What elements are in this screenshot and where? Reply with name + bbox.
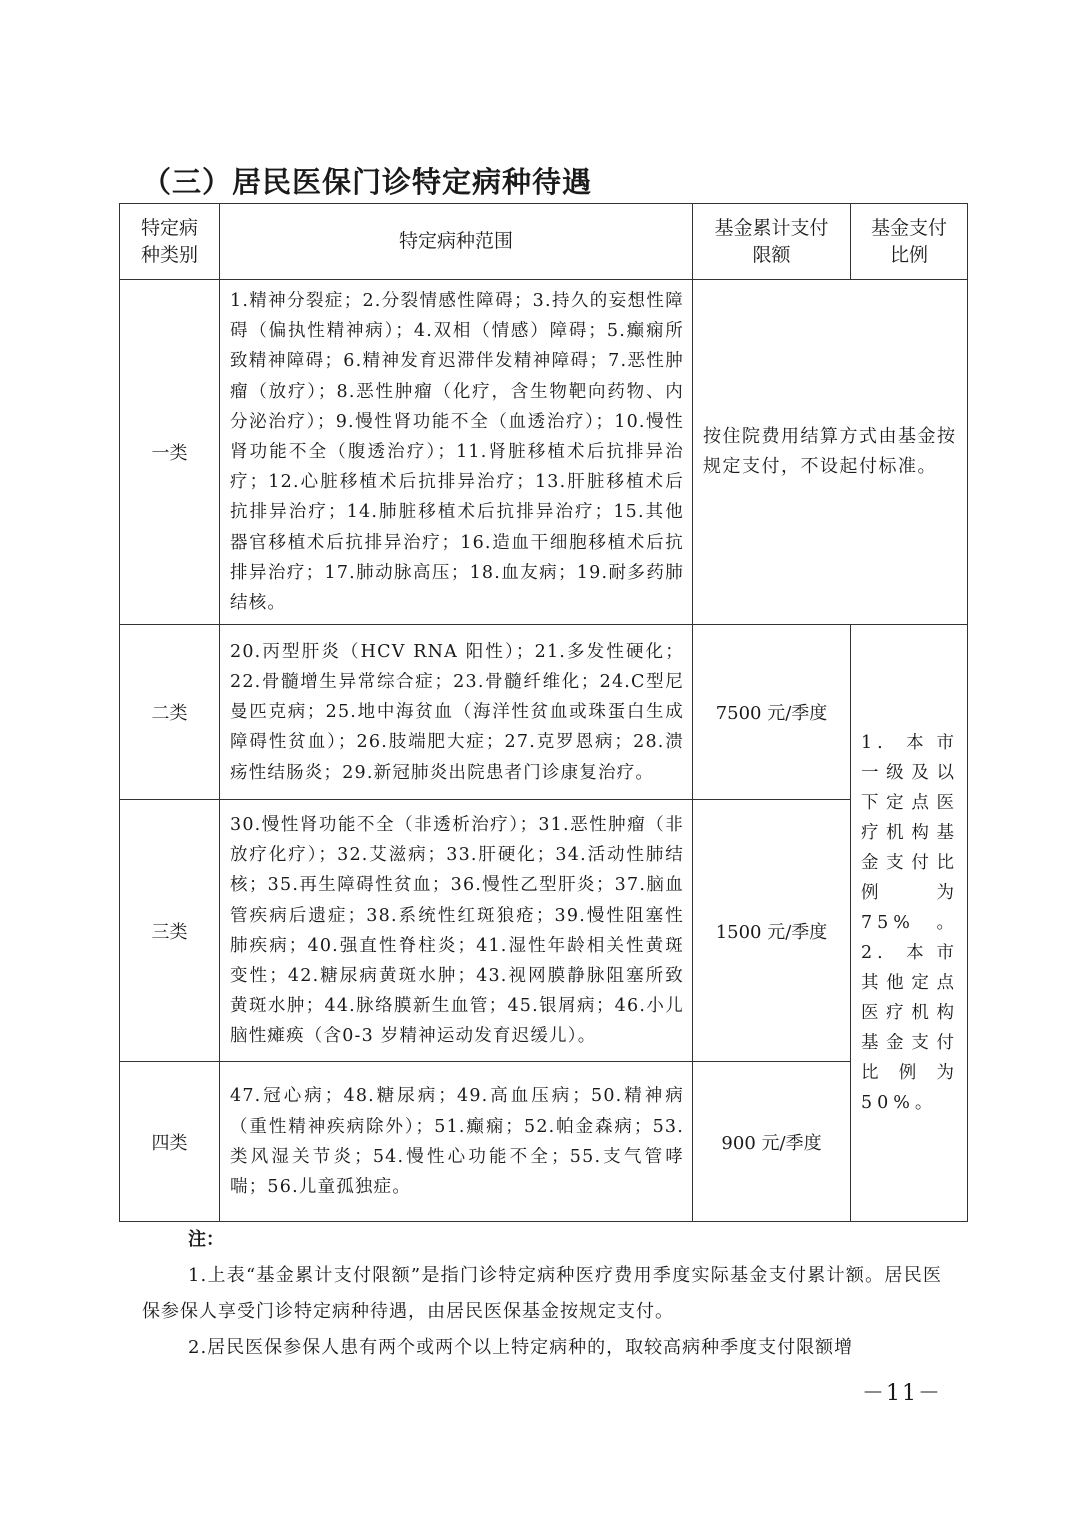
- table-header-row: 特定病 种类别 特定病种范围 基金累计支付 限额 基金支付 比例: [120, 204, 968, 280]
- note-item: 1.上表“基金累计支付限额”是指门诊特定病种医疗费用季度实际基金支付累计额。居民…: [142, 1258, 942, 1330]
- limit-and-ratio-cell: 按住院费用结算方式由基金按规定支付，不设起付标准。: [693, 280, 968, 625]
- table-row: 二类 20.丙型肝炎（HCV RNA 阳性）；21.多发性硬化；22.骨髓增生异…: [120, 625, 968, 800]
- special-disease-table: 特定病 种类别 特定病种范围 基金累计支付 限额 基金支付 比例 一类 1.精神…: [119, 203, 968, 1222]
- notes-section: 注： 1.上表“基金累计支付限额”是指门诊特定病种医疗费用季度实际基金支付累计额…: [142, 1222, 942, 1366]
- page-number: －11－: [862, 1376, 942, 1407]
- scope-cell: 47.冠心病；48.糖尿病；49.高血压病；50.精神病（重性精神疾病除外）；5…: [220, 1062, 693, 1222]
- header-ratio: 基金支付 比例: [851, 204, 968, 280]
- header-limit-line1: 基金累计支付: [693, 215, 850, 242]
- category-cell: 四类: [120, 1062, 220, 1222]
- note-item: 2.居民医保参保人患有两个或两个以上特定病种的，取较高病种季度支付限额增: [142, 1330, 942, 1366]
- header-category-line2: 种类别: [120, 242, 219, 269]
- shared-ratio-cell: 1. 本市一级及以下定点医疗机构基金支付比例为 75%。2. 本市其他定点医疗机…: [851, 625, 968, 1222]
- table-row: 四类 47.冠心病；48.糖尿病；49.高血压病；50.精神病（重性精神疾病除外…: [120, 1062, 968, 1222]
- category-cell: 三类: [120, 800, 220, 1062]
- limit-cell: 1500 元/季度: [693, 800, 851, 1062]
- limit-cell: 900 元/季度: [693, 1062, 851, 1222]
- category-cell: 二类: [120, 625, 220, 800]
- table-row: 一类 1.精神分裂症；2.分裂情感性障碍；3.持久的妄想性障碍（偏执性精神病）；…: [120, 280, 968, 625]
- scope-cell: 20.丙型肝炎（HCV RNA 阳性）；21.多发性硬化；22.骨髓增生异常综合…: [220, 625, 693, 800]
- header-ratio-line2: 比例: [851, 242, 967, 269]
- scope-cell: 1.精神分裂症；2.分裂情感性障碍；3.持久的妄想性障碍（偏执性精神病）；4.双…: [220, 280, 693, 625]
- section-title: （三）居民医保门诊特定病种待遇: [142, 160, 592, 201]
- header-category: 特定病 种类别: [120, 204, 220, 280]
- header-limit: 基金累计支付 限额: [693, 204, 851, 280]
- table-row: 三类 30.慢性肾功能不全（非透析治疗）；31.恶性肿瘤（非放疗化疗）；32.艾…: [120, 800, 968, 1062]
- header-limit-line2: 限额: [693, 242, 850, 269]
- header-ratio-line1: 基金支付: [851, 215, 967, 242]
- header-category-line1: 特定病: [120, 215, 219, 242]
- limit-cell: 7500 元/季度: [693, 625, 851, 800]
- notes-heading: 注：: [142, 1222, 942, 1258]
- header-scope: 特定病种范围: [220, 204, 693, 280]
- category-cell: 一类: [120, 280, 220, 625]
- scope-cell: 30.慢性肾功能不全（非透析治疗）；31.恶性肿瘤（非放疗化疗）；32.艾滋病；…: [220, 800, 693, 1062]
